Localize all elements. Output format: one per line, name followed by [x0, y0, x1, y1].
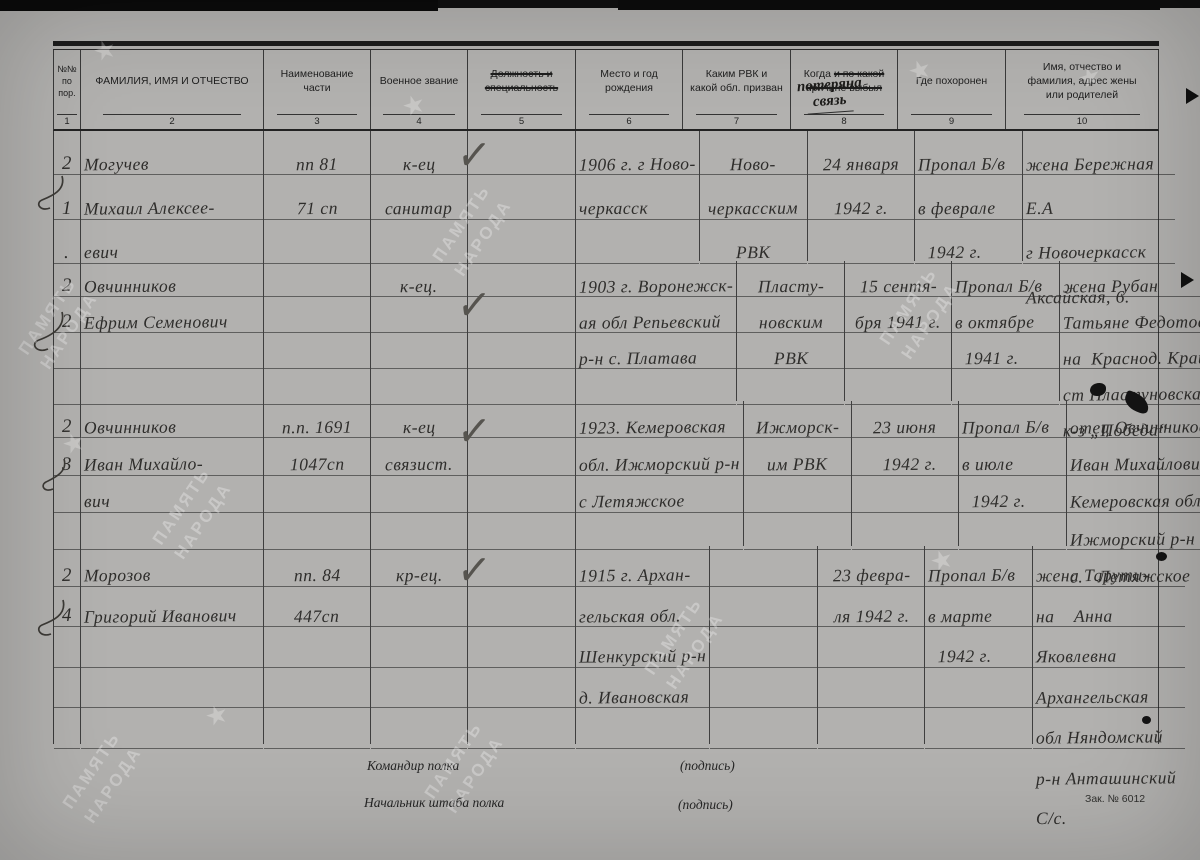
ruled-line: Ново-	[700, 131, 807, 175]
ruled-line	[952, 369, 1059, 405]
ink-blot	[1142, 716, 1151, 724]
cell-rvk: Ижморск-им РВК	[744, 401, 852, 546]
handwritten-entry: Михаил Алексее-	[81, 199, 218, 218]
ruled-line	[371, 476, 467, 513]
cell-name: ОвчинниковИван Михайло-вич	[81, 401, 264, 546]
ruled-line	[576, 708, 709, 749]
margin-pen-flourish	[32, 308, 70, 358]
ruled-line: Григорий Иванович	[81, 587, 263, 628]
ruled-line	[852, 476, 958, 513]
handwritten-entry: на Анна	[1033, 607, 1116, 625]
handwritten-entry: .	[61, 243, 72, 262]
ink-blot	[1156, 552, 1167, 561]
column-header-5: Должность и специальность	[468, 50, 576, 114]
handwritten-entry: с Летяжское	[576, 493, 688, 512]
ruled-line: 2	[54, 546, 80, 587]
ruled-line	[576, 220, 699, 264]
ruled-line: РВК	[700, 220, 807, 264]
handwritten-entry: 1923. Кемеровская	[576, 418, 729, 437]
ruled-line	[468, 333, 575, 369]
ruled-line	[264, 668, 370, 709]
ruled-line	[845, 333, 951, 369]
handwritten-entry: 71 сп	[293, 200, 340, 218]
handwritten-entry: Ефрим Семенович	[81, 313, 231, 332]
ruled-line	[808, 220, 914, 264]
ruled-line: 2	[54, 261, 80, 297]
handwritten-entry: г Новочеркасск	[1023, 244, 1150, 263]
ruled-line: 1915 г. Архан-	[576, 546, 709, 587]
column-number: 3	[264, 114, 371, 129]
cell-num: 24	[54, 546, 81, 744]
ruled-line	[81, 333, 263, 369]
column-header-7: Каким РВК и какой обл. призван	[683, 50, 791, 114]
margin-pen-flourish	[40, 455, 70, 497]
cell-family: жена РубанТатьяне Федотов-на Краснод. Кр…	[1060, 261, 1200, 401]
handwritten-entry: С/с.	[1033, 809, 1070, 827]
ruled-line	[959, 513, 1066, 550]
cell-buried: Пропал Б/вв марте 1942 г.	[925, 546, 1033, 744]
ruled-line: 2	[54, 401, 80, 438]
ruled-line: р-н с. Платава	[576, 333, 736, 369]
ruled-line: обл Няндомский	[1033, 708, 1185, 749]
ruled-line: 71 сп	[264, 175, 370, 219]
handwritten-entry: жена Рубан	[1060, 277, 1161, 296]
column-header-label: Должность и специальность	[485, 68, 558, 96]
cell-rank: кр-ец.	[371, 546, 468, 744]
column-header-2: ФАМИЛИЯ, ИМЯ И ОТЧЕСТВО	[81, 50, 264, 114]
handwritten-entry: ля 1942 г.	[830, 607, 912, 625]
handwritten-entry: Кемеровская обл	[1067, 493, 1200, 512]
ruled-line	[710, 627, 817, 668]
handwritten-entry: Шенкурский р-н	[576, 648, 709, 667]
ruled-line: Михаил Алексее-	[81, 175, 263, 219]
handwritten-entry: вич	[81, 493, 113, 511]
ruled-line: к-ец.	[371, 261, 467, 297]
ruled-line	[468, 220, 575, 264]
ruled-line: к-ец	[371, 131, 467, 175]
handwritten-entry: РВК	[770, 349, 811, 367]
ruled-line: 1942 г.	[959, 476, 1066, 513]
ruled-line: связист.	[371, 438, 467, 475]
column-number: 6	[576, 114, 683, 129]
ruled-line	[54, 369, 80, 405]
ruled-line	[852, 513, 958, 550]
column-number: 5	[468, 114, 576, 129]
cell-rank: к-ецсанитар	[371, 131, 468, 261]
ruled-line: РВК	[737, 333, 844, 369]
ruled-line	[264, 627, 370, 668]
handwritten-entry: черкасск	[576, 200, 651, 218]
cell-spec	[468, 546, 576, 744]
ruled-line: ая обл Репьевский	[576, 297, 736, 333]
ruled-line: пп. 84	[264, 546, 370, 587]
ruled-line	[468, 369, 575, 405]
handwritten-entry: Пропал Б/в	[959, 418, 1053, 436]
ruled-line: 2	[54, 131, 80, 175]
table-row: 21.МогучевМихаил Алексее-евичпп 8171 спк…	[53, 131, 1159, 261]
handwritten-entry: евич	[81, 244, 122, 262]
column-number: 7	[683, 114, 791, 129]
ruled-line	[468, 546, 575, 587]
margin-arrow-mark	[1186, 88, 1199, 104]
handwritten-entry: жена Тарути-	[1033, 566, 1152, 585]
ruled-line	[710, 587, 817, 628]
ruled-line	[468, 708, 575, 749]
handwritten-entry: 23 февра-	[829, 567, 913, 585]
ruled-line: Е.А	[1023, 175, 1175, 219]
cell-name: МорозовГригорий Иванович	[81, 546, 264, 744]
handwritten-entry: отец Овчинников	[1067, 418, 1200, 437]
ruled-line: .	[54, 220, 80, 264]
handwritten-entry: в октябре	[952, 313, 1038, 331]
ruled-line	[264, 708, 370, 749]
handwritten-entry: в феврале	[915, 200, 999, 218]
ruled-line	[845, 369, 951, 405]
ruled-line	[818, 627, 924, 668]
column-header-9: Где похоронен	[898, 50, 1006, 114]
handwritten-entry: Яковлевна	[1033, 648, 1120, 666]
ruled-line: в феврале	[915, 175, 1022, 219]
ruled-line	[54, 668, 80, 709]
ruled-line: на Краснод. Край	[1060, 333, 1200, 369]
column-number: 1	[54, 114, 81, 129]
handwritten-entry: РВК	[733, 244, 774, 262]
cell-spec	[468, 401, 576, 546]
ruled-line	[81, 627, 263, 668]
handwritten-entry: 1906 г. г Ново-	[576, 155, 699, 174]
table-row: 24МорозовГригорий Ивановичпп. 84447спкр-…	[53, 546, 1159, 744]
ruled-line: черкасским	[700, 175, 807, 219]
handwritten-entry: Овчинников	[81, 418, 179, 437]
losses-table: №№ по пор.ФАМИЛИЯ, ИМЯ И ОТЧЕСТВОНаимено…	[53, 41, 1159, 744]
ruled-line	[468, 587, 575, 628]
ruled-line	[744, 513, 851, 550]
cell-unit: пп. 84447сп	[264, 546, 371, 744]
ruled-line	[264, 476, 370, 513]
handwritten-entry: пп. 84	[291, 567, 344, 585]
cell-rvk: Пласту-новскимРВК	[737, 261, 845, 401]
ruled-line: 1923. Кемеровская	[576, 401, 743, 438]
table-row: 22ОвчинниковЕфрим Семеновичк-ец.1903 г. …	[53, 261, 1159, 401]
table-row: 23ОвчинниковИван Михайло-вичп.п. 1691104…	[53, 401, 1159, 546]
cell-rvk	[710, 546, 818, 744]
ruled-line	[264, 513, 370, 550]
ruled-line: Пропал Б/в	[915, 131, 1022, 175]
ruled-line: Ижморский р-н	[1067, 513, 1200, 550]
chief-of-staff-label: Начальник штаба полка	[364, 795, 504, 811]
handwritten-entry: 24 января	[820, 155, 902, 173]
handwritten-entry: 1942 г.	[831, 200, 891, 218]
column-header-label: №№ по пор.	[57, 64, 76, 100]
ruled-line: 1942 г.	[852, 438, 958, 475]
handwritten-entry: Ижморск-	[753, 418, 843, 436]
ruled-line: в июле	[959, 438, 1066, 475]
cell-when: 15 сентя-бря 1941 г.	[845, 261, 952, 401]
handwritten-entry: к-ец.	[397, 277, 441, 295]
scan-edge-top-left	[0, 0, 438, 11]
ruled-line: Овчинников	[81, 401, 263, 438]
cell-spec	[468, 261, 576, 401]
handwritten-entry: Ново-	[727, 156, 779, 174]
handwritten-entry: обл Няндомский	[1033, 729, 1166, 748]
handwritten-entry: 2	[59, 417, 75, 436]
handwritten-entry: Пропал Б/в	[952, 277, 1046, 295]
ruled-line	[54, 708, 80, 749]
cell-unit	[264, 261, 371, 401]
ruled-line: 1942 г.	[808, 175, 914, 219]
cell-when: 23 февра-ля 1942 г.	[818, 546, 925, 744]
ruled-line: Архангельская	[1033, 668, 1185, 709]
column-number: 4	[371, 114, 468, 129]
ruled-line	[81, 513, 263, 550]
ruled-line: Ижморск-	[744, 401, 851, 438]
handwritten-entry: 2	[59, 154, 75, 173]
cell-when: 23 июня 1942 г.	[852, 401, 959, 546]
ruled-line: Ефрим Семенович	[81, 297, 263, 333]
handwritten-entry: 1942 г.	[959, 493, 1029, 511]
ruled-line	[468, 401, 575, 438]
handwritten-entry: 2	[59, 276, 75, 295]
ruled-line: Овчинников	[81, 261, 263, 297]
ruled-line: кр-ец.	[371, 546, 467, 587]
ruled-line	[710, 708, 817, 749]
ruled-line: пп 81	[264, 131, 370, 175]
ruled-line	[468, 476, 575, 513]
ruled-line: Пропал Б/в	[925, 546, 1032, 587]
handwritten-entry: 1903 г. Воронежск-	[576, 277, 736, 296]
ruled-line	[710, 546, 817, 587]
ruled-line	[371, 297, 467, 333]
ruled-line	[468, 261, 575, 297]
ruled-line	[264, 333, 370, 369]
ruled-line: Пропал Б/в	[952, 261, 1059, 297]
cell-buried: Пропал Б/вв октябре 1941 г.	[952, 261, 1060, 401]
handwritten-entry: на Краснод. Край	[1060, 349, 1200, 368]
ruled-line	[264, 297, 370, 333]
cell-name: МогучевМихаил Алексее-евич	[81, 131, 264, 261]
handwritten-entry: Могучев	[81, 155, 152, 173]
handwritten-entry: Пласту-	[755, 277, 827, 295]
ruled-line: черкасск	[576, 175, 699, 219]
print-order-number: Зак. № 6012	[1085, 793, 1145, 805]
column-number: 10	[1006, 114, 1158, 129]
ruled-line: Шенкурский р-н	[576, 627, 709, 668]
column-header-label: ФАМИЛИЯ, ИМЯ И ОТЧЕСТВО	[95, 75, 248, 89]
ruled-line	[264, 261, 370, 297]
ruled-line: 23 февра-	[818, 546, 924, 587]
handwritten-entry: 2	[59, 566, 75, 585]
ruled-line: Кемеровская обл	[1067, 476, 1200, 513]
handwritten-entry: Татьяне Федотов-	[1060, 313, 1200, 332]
ruled-line: в марте	[925, 587, 1032, 628]
ruled-line: 1903 г. Воронежск-	[576, 261, 736, 297]
ruled-line: Иван Михайлович	[1067, 438, 1200, 475]
ruled-line	[468, 627, 575, 668]
handwritten-entry: Иван Михайлович	[1067, 455, 1200, 474]
ruled-line	[468, 668, 575, 709]
cell-buried: Пропал Б/вв феврале 1942 г.	[915, 131, 1023, 261]
ruled-line	[264, 369, 370, 405]
table-body: 21.МогучевМихаил Алексее-евичпп 8171 спк…	[53, 131, 1159, 744]
ruled-line: жена Бережная	[1023, 131, 1175, 175]
handwritten-entry: пп 81	[293, 156, 341, 174]
ruled-line: Морозов	[81, 546, 263, 587]
ruled-line	[371, 708, 467, 749]
cell-rank: к-ецсвязист.	[371, 401, 468, 546]
cell-rank: к-ец.	[371, 261, 468, 401]
handwritten-entry: д. Ивановская	[576, 688, 692, 707]
ruled-line: евич	[81, 220, 263, 264]
cell-birth: 1903 г. Воронежск-ая обл Репьевскийр-н с…	[576, 261, 737, 401]
cell-name: ОвчинниковЕфрим Семенович	[81, 261, 264, 401]
handwritten-entry: к-ец	[400, 419, 439, 437]
column-number: 8	[791, 114, 898, 129]
ruled-line	[81, 708, 263, 749]
ruled-line: к-ец	[371, 401, 467, 438]
handwritten-entry: Иван Михайло-	[81, 455, 206, 474]
ruled-line: 24 января	[808, 131, 914, 175]
ruled-line: п.п. 1691	[264, 401, 370, 438]
handwritten-entry: 1942 г.	[925, 648, 995, 666]
chief-signature-placeholder: (подпись)	[678, 797, 733, 813]
column-header-label: Каким РВК и какой обл. призван	[690, 68, 783, 96]
ruled-line: им РВК	[744, 438, 851, 475]
handwritten-entry: р-н Анташинский	[1033, 769, 1179, 788]
handwritten-entry: жена Бережная	[1023, 155, 1157, 174]
commander-signature-placeholder: (подпись)	[680, 758, 735, 774]
handwritten-entry: 1915 г. Архан-	[576, 566, 694, 585]
handwritten-entry: связист.	[382, 456, 456, 474]
cell-birth: 1915 г. Архан-гельская обл.Шенкурский р-…	[576, 546, 710, 744]
handwritten-entry: 1942 г.	[870, 456, 940, 474]
ruled-line: 1047сп	[264, 438, 370, 475]
handwritten-entry: Е.А	[1023, 200, 1056, 218]
ruled-line	[468, 175, 575, 219]
handwritten-entry: Морозов	[81, 567, 154, 585]
handwritten-entry: 1047сп	[287, 456, 348, 474]
column-header-1: №№ по пор.	[54, 50, 81, 114]
ruled-line	[468, 131, 575, 175]
ruled-line	[371, 513, 467, 550]
table-header-row: №№ по пор.ФАМИЛИЯ, ИМЯ И ОТЧЕСТВОНаимено…	[53, 50, 1159, 114]
ruled-line	[744, 476, 851, 513]
column-header-4: Военное звание	[371, 50, 468, 114]
handwritten-entry: в марте	[925, 607, 996, 625]
ruled-line: Яковлевна	[1033, 627, 1185, 668]
column-header-label: Военное звание	[380, 75, 459, 89]
cell-rvk: Ново-черкасскимРВК	[700, 131, 808, 261]
margin-pen-flourish	[36, 596, 70, 642]
column-header-label: Наименование части	[281, 68, 354, 96]
ruled-line: 1906 г. г Ново-	[576, 131, 699, 175]
ruled-line: Могучев	[81, 131, 263, 175]
cell-when: 24 января1942 г.	[808, 131, 915, 261]
column-header-3: Наименование части	[264, 50, 371, 114]
ruled-line	[371, 627, 467, 668]
handwritten-entry: санитар	[382, 200, 456, 218]
column-number: 9	[898, 114, 1006, 129]
cell-birth: 1906 г. г Ново-черкасск	[576, 131, 700, 261]
ruled-line: жена Рубан	[1060, 261, 1200, 297]
column-header-label: Где похоронен	[916, 75, 987, 89]
handwritten-entry: 15 сентя-	[857, 277, 940, 295]
handwritten-entry: кр-ец.	[393, 567, 446, 585]
ruled-line: г Новочеркасск	[1023, 220, 1175, 264]
ruled-line: 447сп	[264, 587, 370, 628]
handwritten-entry: п.п. 1691	[279, 418, 355, 436]
handwritten-entry: черкасским	[705, 200, 801, 219]
ruled-line	[371, 333, 467, 369]
cell-birth: 1923. Кемеровскаяобл. Ижморский р-нс Лет…	[576, 401, 744, 546]
ruled-line	[576, 369, 736, 405]
cell-family: жена БережнаяЕ.Аг НовочеркасскАксайская,…	[1023, 131, 1175, 261]
handwritten-entry: им РВК	[764, 456, 830, 474]
ruled-line	[81, 369, 263, 405]
ruled-line	[468, 513, 575, 550]
ruled-line: обл. Ижморский р-н	[576, 438, 743, 475]
handwritten-entry: гельская обл.	[576, 607, 684, 626]
ruled-line: ля 1942 г.	[818, 587, 924, 628]
ruled-line: вич	[81, 476, 263, 513]
table-column-numbers-row: 12345678910	[53, 114, 1159, 131]
ruled-line: Пласту-	[737, 261, 844, 297]
ruled-line	[264, 220, 370, 264]
scan-edge-top-right	[618, 0, 1160, 10]
ruled-line	[468, 438, 575, 475]
column-header-label: Имя, отчество и фамилия, адрес жены или …	[1027, 61, 1136, 103]
column-number: 2	[81, 114, 264, 129]
ruled-line	[371, 668, 467, 709]
ruled-line: 15 сентя-	[845, 261, 951, 297]
ruled-line	[371, 220, 467, 264]
cell-unit: пп 8171 сп	[264, 131, 371, 261]
handwritten-correction: связь	[806, 90, 853, 114]
cell-family: отец ОвчинниковИван МихайловичКемеровска…	[1067, 401, 1200, 546]
ruled-line: Пропал Б/в	[959, 401, 1066, 438]
handwritten-entry: ая обл Репьевский	[576, 313, 724, 332]
ruled-line: санитар	[371, 175, 467, 219]
handwritten-entry: обл. Ижморский р-н	[576, 455, 743, 474]
ruled-line	[81, 668, 263, 709]
table-top-rule	[53, 41, 1159, 50]
handwritten-entry: 1941 г.	[952, 349, 1022, 367]
handwritten-entry: Архангельская	[1033, 688, 1152, 707]
ruled-line	[710, 668, 817, 709]
ruled-line: 1941 г.	[952, 333, 1059, 369]
ruled-line: новским	[737, 297, 844, 333]
handwritten-entry: 1942 г.	[915, 244, 985, 262]
column-header-8: Когда и по какойпричине выбылпотерянасвя…	[791, 50, 898, 114]
ruled-line	[371, 369, 467, 405]
column-header-10: Имя, отчество и фамилия, адрес жены или …	[1006, 50, 1158, 114]
ruled-line: 23 июня	[852, 401, 958, 438]
ruled-line	[371, 587, 467, 628]
ruled-line: с Летяжское	[576, 476, 743, 513]
ruled-line	[737, 369, 844, 405]
ruled-line	[54, 513, 80, 550]
ruled-line	[925, 668, 1032, 709]
ruled-line: гельская обл.	[576, 587, 709, 628]
handwritten-entry: Овчинников	[81, 277, 179, 296]
cell-spec	[468, 131, 576, 261]
cell-unit: п.п. 16911047сп	[264, 401, 371, 546]
ruled-line: 1942 г.	[915, 220, 1022, 264]
margin-pen-flourish	[36, 172, 70, 216]
ruled-line: д. Ивановская	[576, 668, 709, 709]
ruled-line: на Анна	[1033, 587, 1185, 628]
handwritten-entry: к-ец	[400, 156, 439, 174]
commander-label: Командир полка	[367, 758, 459, 774]
